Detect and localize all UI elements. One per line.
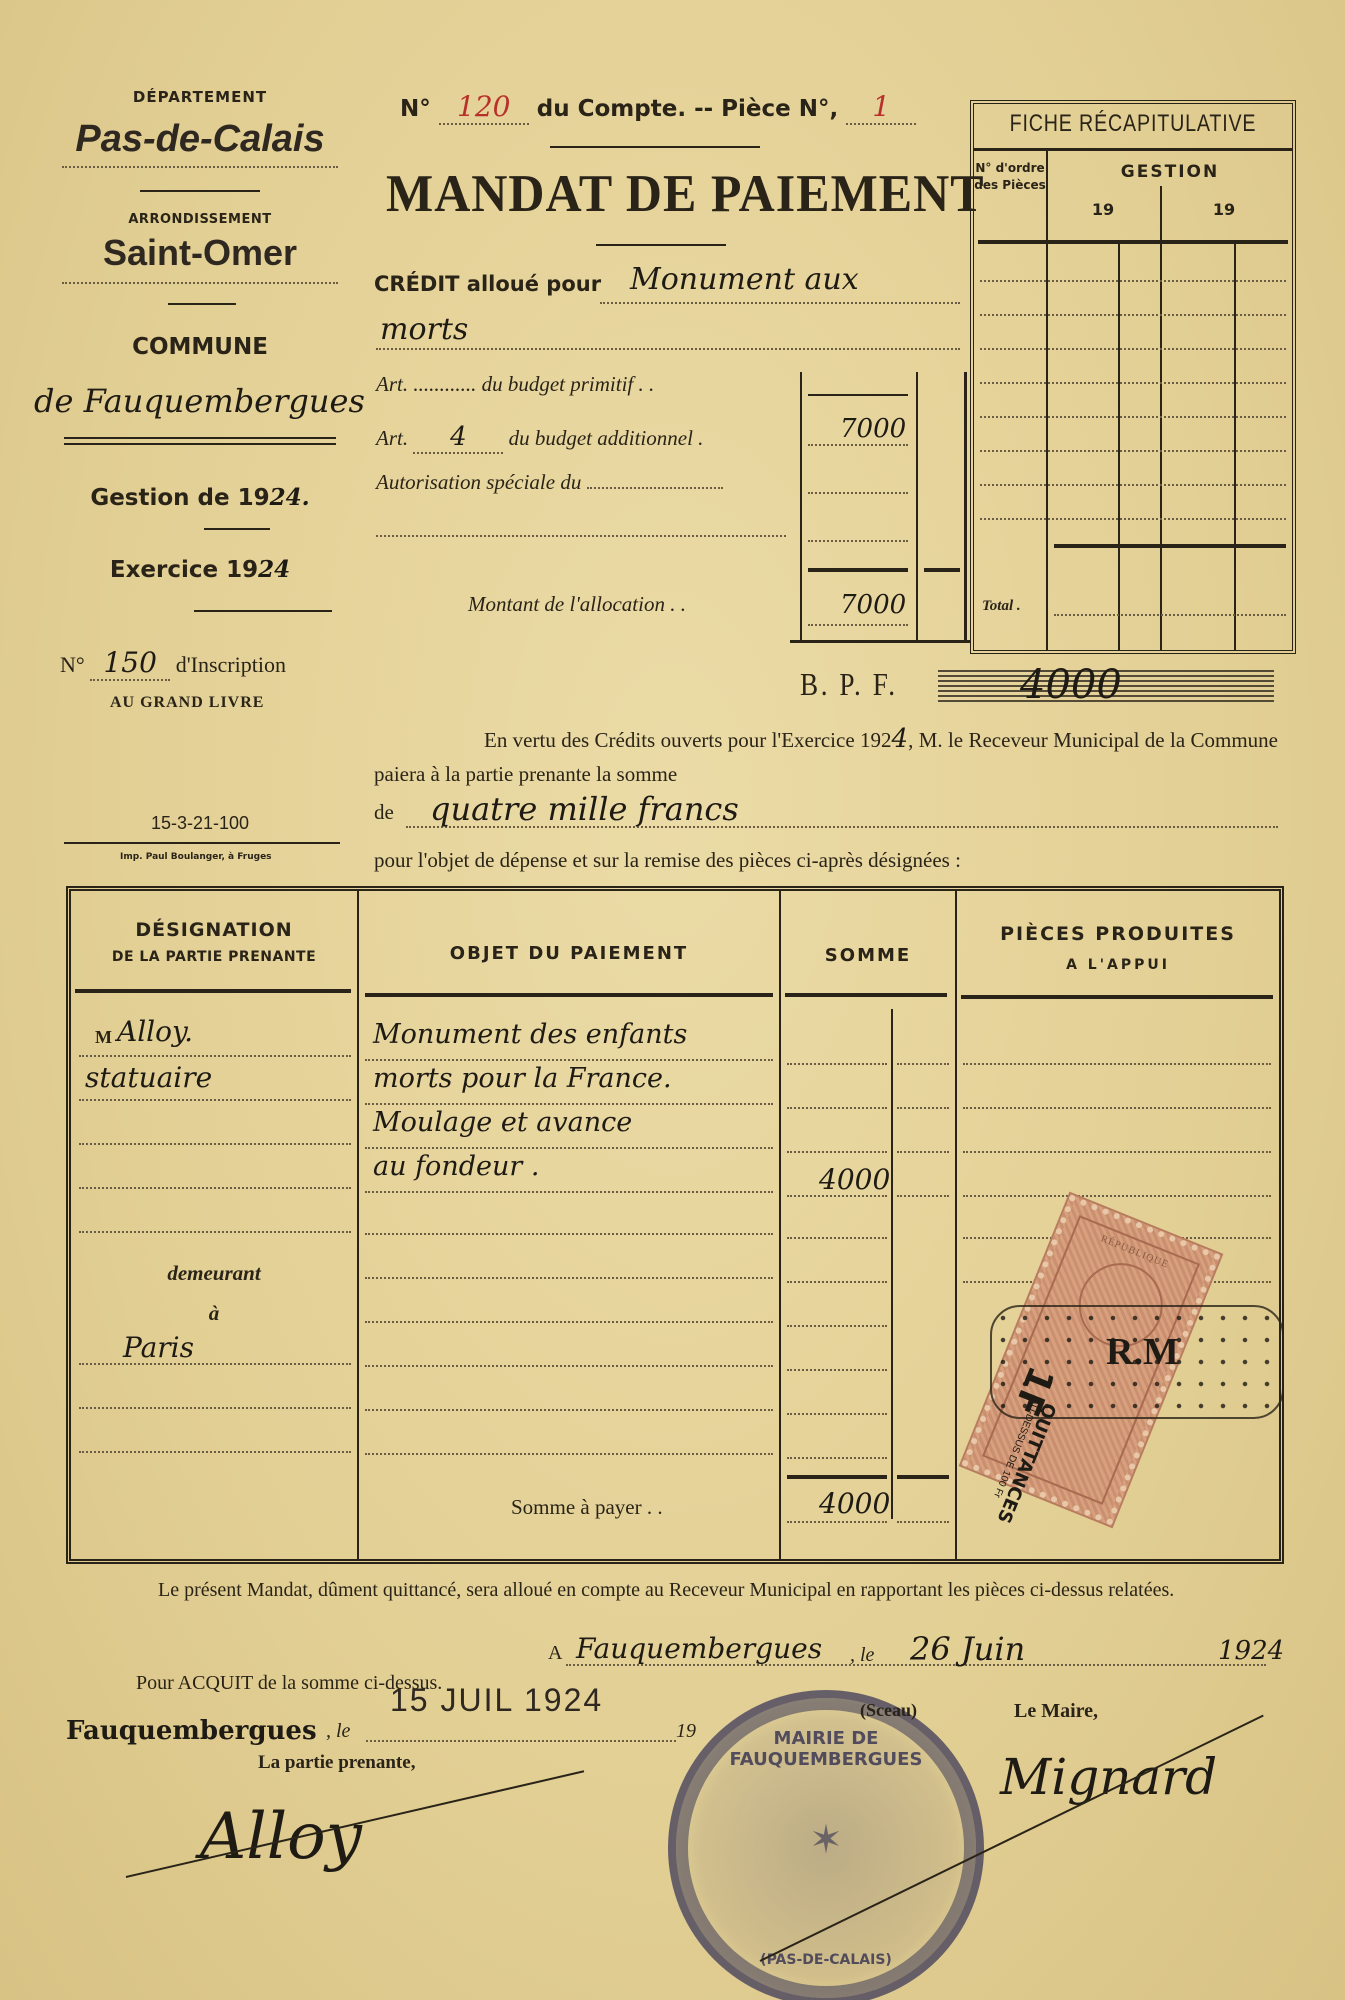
date-year: 1924 [1218, 1636, 1284, 1666]
row-line [365, 1191, 773, 1193]
designation-role: statuaire [85, 1061, 212, 1094]
grid-line [974, 148, 1292, 151]
date-le-label: , le [850, 1644, 874, 1667]
col-objet-title: OBJET DU PAIEMENT [359, 943, 779, 964]
total-rule [1054, 544, 1286, 548]
arrondissement-label: ARRONDISSEMENT [60, 212, 340, 227]
grid-line [980, 348, 1286, 350]
row-line [79, 1099, 351, 1101]
objet-line-4: au fondeur . [373, 1151, 539, 1182]
row-line [897, 1521, 949, 1523]
grid-line [808, 492, 908, 494]
fiche-ordre-label: N° d'ordre des Pièces [974, 160, 1046, 194]
grid-line [980, 450, 1286, 452]
bpf-label: B. P. F. [800, 666, 898, 703]
budget-amounts-grid: 7000 7000 [800, 372, 968, 642]
ornament-divider [596, 244, 726, 246]
grid-line [955, 891, 957, 1559]
ornament-divider [550, 146, 760, 148]
somme-value: 4000 [819, 1163, 890, 1196]
montant-amount: 7000 [840, 590, 906, 620]
demeurant-label: demeurant [71, 1261, 357, 1286]
row-line [365, 1233, 773, 1235]
autorisation-line [587, 487, 723, 489]
row-line [79, 1407, 351, 1409]
row-line [79, 1451, 351, 1453]
place-value: Fauquembergues [576, 1632, 822, 1665]
additionnel-amount: 7000 [840, 414, 906, 444]
divider [204, 528, 270, 530]
row-line [365, 1059, 773, 1061]
gestion-field: Gestion de 1924. [60, 484, 340, 511]
total-rule [924, 568, 960, 572]
row-line [365, 1365, 773, 1367]
divider [64, 842, 340, 844]
row-line [897, 1107, 949, 1109]
numero-line: N° 120 du Compte. -- Pièce N°, 1 [400, 90, 916, 125]
fiche-gestion-label: GESTION [1048, 162, 1292, 182]
grid-line [1118, 244, 1120, 650]
grid-line [980, 280, 1286, 282]
autorisation-row: Autorisation spéciale du [376, 470, 723, 495]
objet-line-2: morts pour la France. [373, 1063, 672, 1094]
additionnel-art-prefix: Art. [376, 426, 408, 450]
seal-subtext: (PAS-DE-CALAIS) [676, 1952, 976, 1968]
arrondissement-line [62, 282, 338, 284]
inscription-no: 150 [90, 646, 170, 681]
credit-value-line2: morts [380, 312, 468, 347]
maire-label: Le Maire, [1014, 1700, 1098, 1723]
fiche-title: FICHE RÉCAPITULATIVE [1003, 110, 1264, 138]
acquit-le-label: , le [326, 1720, 350, 1743]
exercice-year: 24 [258, 556, 290, 583]
departement-value: Pas-de-Calais [60, 118, 340, 161]
header-rule [365, 993, 773, 997]
grid-line [808, 540, 908, 542]
grid-line [980, 484, 1286, 486]
fiche-year1: 19 [1048, 200, 1158, 219]
credit-line [600, 302, 960, 304]
grid-line [779, 891, 781, 1559]
row-line [897, 1151, 949, 1153]
grid-line [964, 372, 967, 642]
exercice-label: Exercice 19 [110, 557, 258, 583]
row-line [79, 1363, 351, 1365]
somme-de-label: de [374, 800, 394, 825]
divider [194, 610, 332, 612]
a-label: à [71, 1301, 357, 1326]
designation-title-m: M [95, 1027, 112, 1048]
fiche-recapitulative: FICHE RÉCAPITULATIVE N° d'ordre des Pièc… [970, 100, 1296, 654]
budget-additionnel-row: Art. 4 du budget additionnel . [376, 422, 703, 454]
compte-label: du Compte. -- Pièce N°, [537, 96, 838, 122]
grid-line [916, 372, 918, 642]
signature-maire: Mignard [1000, 1748, 1217, 1806]
additionnel-article: 4 [413, 422, 503, 454]
grid-line [800, 372, 802, 642]
print-reference: 15-3-21-100 [60, 813, 340, 834]
sceau-label: (Sceau) [860, 1700, 917, 1721]
compte-number: 120 [439, 90, 529, 125]
credit-line [376, 348, 960, 350]
exercice-year-digit: 4 [892, 724, 909, 754]
row-line [365, 1409, 773, 1411]
autorisation-label: Autorisation spéciale du [376, 470, 581, 494]
mandate-paragraph: En vertu des Crédits ouverts pour l'Exer… [374, 722, 1278, 791]
fiche-year2: 19 [1160, 200, 1288, 219]
col-designation-title: DÉSIGNATION [71, 919, 357, 941]
row-line [787, 1237, 887, 1239]
col-somme-title: SOMME [781, 945, 955, 966]
grid-line [1046, 151, 1048, 650]
place-a-label: A [548, 1642, 562, 1665]
header-rule [961, 995, 1273, 999]
grid-line [980, 314, 1286, 316]
seal-text: MAIRIE DE FAUQUEMBERGUES [676, 1728, 976, 1770]
blank-line [376, 535, 786, 537]
col-pieces-subtitle: A L'APPUI [957, 957, 1279, 973]
grid-line [1160, 186, 1162, 650]
row-line [365, 1103, 773, 1105]
header-rule [785, 993, 947, 997]
row-line [963, 1151, 1271, 1153]
total-rule [897, 1475, 949, 1479]
somme-a-payer-label: Somme à payer . . [511, 1495, 663, 1520]
total-rule [808, 568, 908, 572]
gestion-year: 24. [270, 484, 310, 511]
grid-line [980, 416, 1286, 418]
inscription-no-label: N° [60, 652, 85, 677]
grid-line [808, 444, 908, 446]
page-title: MANDAT DE PAIEMENT [386, 163, 985, 224]
divider [168, 303, 236, 305]
acquit-place: Fauquembergues [66, 1716, 317, 1746]
total-rule [787, 1475, 887, 1479]
imprimeur: Imp. Paul Boulanger, à Fruges [120, 852, 272, 862]
partie-prenante-label: La partie prenante, [258, 1752, 415, 1774]
header-rule [75, 989, 351, 993]
row-line [787, 1107, 887, 1109]
grid-line [980, 382, 1286, 384]
commune-value: de Fauquembergues [34, 382, 365, 420]
row-line [365, 1453, 773, 1455]
row-line [787, 1325, 887, 1327]
row-line [897, 1063, 949, 1065]
objet-line-1: Monument des enfants [373, 1019, 687, 1050]
grand-livre-label: AU GRAND LIVRE [110, 694, 264, 712]
grid-line [978, 240, 1288, 244]
grid-line [790, 640, 970, 643]
commune-label: COMMUNE [60, 334, 340, 360]
departement-label: DÉPARTEMENT [60, 88, 340, 106]
row-line [787, 1063, 887, 1065]
row-line [787, 1457, 887, 1459]
col-pieces-title: PIÈCES PRODUITES [957, 923, 1279, 945]
somme-a-payer-value: 4000 [819, 1487, 890, 1520]
objet-line-3: Moulage et avance [373, 1107, 632, 1138]
col-designation-subtitle: DE LA PARTIE PRENANTE [71, 949, 357, 965]
paragraph-text-c: pour l'objet de dépense et sur la remise… [374, 848, 961, 873]
designation-name: Alloy. [117, 1015, 193, 1048]
date-stamp: 15 JUIL 1924 [390, 1682, 603, 1719]
grid-line [357, 891, 359, 1559]
arrondissement-value: Saint-Omer [60, 232, 340, 274]
row-line [897, 1195, 949, 1197]
commune-rule [64, 437, 336, 439]
grid-line [891, 1009, 893, 1519]
row-line [79, 1231, 351, 1233]
row-line [79, 1143, 351, 1145]
row-line [79, 1187, 351, 1189]
row-line [79, 1055, 351, 1057]
additionnel-label: du budget additionnel . [509, 426, 704, 450]
grid-line [980, 518, 1286, 520]
paragraph-text-a: En vertu des Crédits ouverts pour l'Exer… [484, 728, 892, 752]
row-line [963, 1063, 1271, 1065]
signature-partie-prenante: Alloy [200, 1800, 362, 1874]
row-line [787, 1521, 887, 1523]
row-line [787, 1369, 887, 1371]
acquit-date-line [366, 1740, 676, 1742]
gestion-label: Gestion de 19 [90, 485, 269, 511]
mairie-seal: MAIRIE DE FAUQUEMBERGUES (PAS-DE-CALAIS)… [668, 1690, 984, 2000]
row-line [963, 1195, 1271, 1197]
row-line [365, 1277, 773, 1279]
row-line [787, 1281, 887, 1283]
grid-line [1234, 244, 1236, 650]
departement-line [62, 166, 338, 168]
ornament-divider [140, 190, 260, 192]
grid-line [808, 624, 908, 626]
row-line [787, 1413, 887, 1415]
fiche-total-label: Total . [982, 598, 1021, 615]
budget-primitif-label: Art. ............ du budget primitif . . [376, 372, 654, 397]
credit-value-line1: Monument aux [630, 262, 859, 297]
commune-rule [64, 443, 336, 445]
date-value: 26 Juin [910, 1630, 1025, 1668]
row-line [365, 1147, 773, 1149]
seal-star-icon: ✶ [676, 1816, 976, 1863]
grid-line [808, 394, 908, 396]
montant-label: Montant de l'allocation . . [468, 592, 686, 617]
inscription-label: d'Inscription [176, 652, 286, 677]
row-line [365, 1321, 773, 1323]
credit-label: CRÉDIT alloué pour [374, 272, 601, 296]
somme-in-words: quatre mille francs [430, 790, 739, 828]
grid-line [1054, 614, 1286, 616]
piece-number: 1 [846, 90, 916, 125]
stamp-overprint: R.M [1106, 1330, 1179, 1374]
row-line [963, 1107, 1271, 1109]
bpf-amount: 4000 [1020, 662, 1122, 708]
inscription-field: N° 150 d'Inscription [60, 646, 286, 681]
footer-paragraph: Le présent Mandat, dûment quittancé, ser… [66, 1574, 1278, 1606]
row-line [787, 1151, 887, 1153]
numero-label: N° [400, 96, 431, 122]
demeurant-city: Paris [123, 1331, 194, 1364]
exercice-field: Exercice 1924 [60, 556, 340, 583]
